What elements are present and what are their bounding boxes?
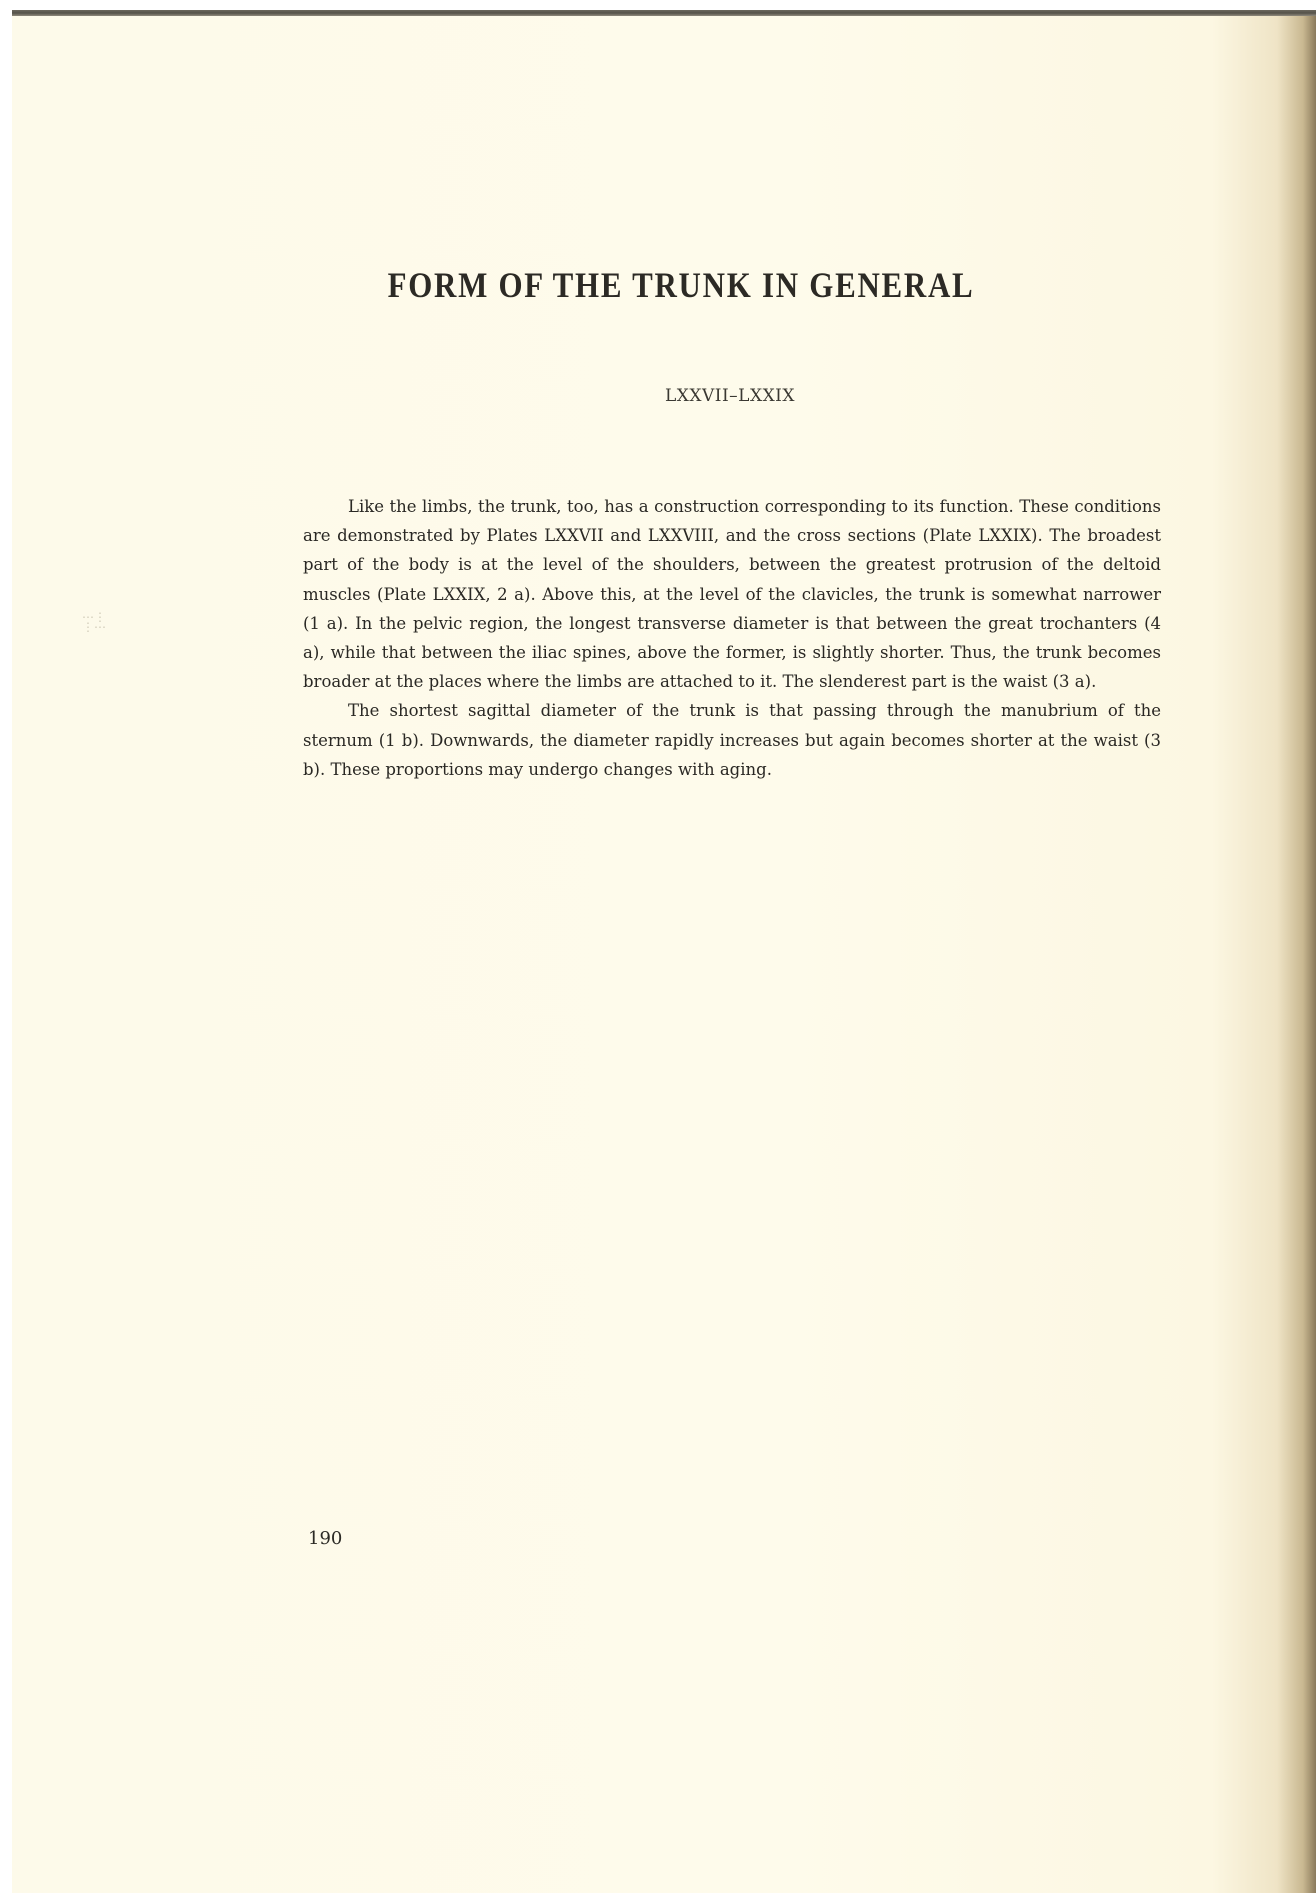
page-number: 190 bbox=[308, 1528, 342, 1549]
page-top-edge bbox=[12, 10, 1316, 16]
chapter-title: FORM OF THE TRUNK IN GENERAL bbox=[380, 264, 982, 306]
plate-range-subtitle: LXXVII–LXXIX bbox=[560, 386, 900, 406]
body-text: Like the limbs, the trunk, too, has a co… bbox=[303, 492, 1161, 784]
paragraph-2: The shortest sagittal diameter of the tr… bbox=[303, 696, 1161, 784]
margin-smudge: ⋯⋮⋮⋯ bbox=[82, 612, 142, 656]
paragraph-1: Like the limbs, the trunk, too, has a co… bbox=[303, 492, 1161, 696]
